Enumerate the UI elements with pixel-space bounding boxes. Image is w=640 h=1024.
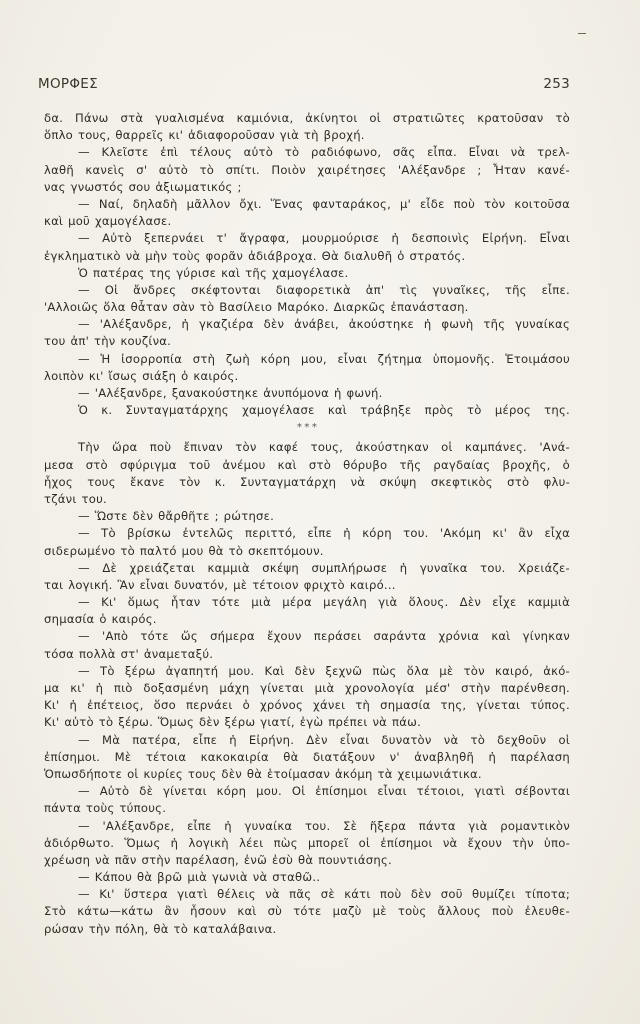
book-page: ΜΟΡΦΕΣ 253 δα. Πάνω στὰ γυαλισμένα καμιό… [0, 0, 640, 1024]
text-line: — Ναί, δηλαδὴ μᾶλλον ὄχι. Ἕνας φανταράκο… [44, 196, 570, 213]
text-line: Ὁ πατέρας της γύρισε καὶ τῆς χαμογέλασε. [44, 265, 570, 282]
text-line: πάντα τοὺς τύπους. [44, 800, 570, 817]
text-line: Κι' ἡ ἐπέτειος, ὅσο περνάει ὁ χρόνος χάν… [44, 697, 570, 714]
text-line: — 'Αλέξανδρε, ξανακούστηκε ἀνυπόμονα ἡ φ… [44, 385, 570, 402]
text-line: 'Αλλοιῶς ὅλα θἆταν σὰν τὸ Βασίλειο Μαρόκ… [44, 299, 570, 316]
section-break-asterism: * * * [44, 419, 570, 439]
running-title: ΜΟΡΦΕΣ [38, 76, 98, 92]
text-line: Τὴν ὥρα ποὺ ἔπιναν τὸν καφέ τους, ἀκούστ… [44, 439, 570, 456]
text-line: ὅπλο τους, θαρρεῖς κι' ἀδιαφοροῦσαν γιὰ … [44, 127, 570, 144]
text-line: — Οἱ ἄνδρες σκέφτονται διαφορετικὰ ἀπ' τ… [44, 282, 570, 299]
text-line: μα κι' ἡ πιὸ δοξασμένη μάχη γίνεται μιὰ … [44, 680, 570, 697]
running-header: ΜΟΡΦΕΣ 253 [38, 76, 570, 96]
text-line: ρώσαν τὴν πόλη, θὰ τὸ καταλάβαινα. [44, 921, 570, 938]
text-line: σιδερωμένο τὸ παλτό μου θὰ τὸ σκεπτόμουν… [44, 543, 570, 560]
text-line: λαθῆ κανεὶς σ' αὐτὸ τὸ σπίτι. Ποιὸν χαιρ… [44, 162, 570, 179]
page-number: 253 [543, 76, 570, 92]
text-block-after-break: Τὴν ὥρα ποὺ ἔπιναν τὸν καφέ τους, ἀκούστ… [44, 439, 570, 937]
text-line: — Ὥστε δὲν θἄρθῆτε ; ρώτησε. [44, 508, 570, 525]
text-line: — Δὲ χρειάζεται καμμιὰ σκέψη συμπλήρωσε … [44, 560, 570, 577]
text-line: Κι' αὐτὸ τὸ ξέρω. Ὅμως δὲν ξέρω γιατί, ἐ… [44, 714, 570, 731]
text-line: δα. Πάνω στὰ γυαλισμένα καμιόνια, ἀκίνητ… [44, 110, 570, 127]
text-line: τζάνι του. [44, 491, 570, 508]
text-line: Στὸ κάτω—κάτω ἂν ἦσουν καὶ σὺ τότε μαζὺ … [44, 903, 570, 920]
text-line: ἐγκληματικὸ νὰ μὴν τοὺς φορᾶν ἀδιάβροχα.… [44, 248, 570, 265]
text-line: ἦχος τους ἔκανε τὸν κ. Συνταγματάρχη νὰ … [44, 474, 570, 491]
text-line: — Αὐτὸ ξεπερνάει τ' ἄγραφα, μουρμούρισε … [44, 230, 570, 247]
text-line: — 'Αλέξανδρε, εἶπε ἡ γυναίκα του. Σὲ ἤξε… [44, 818, 570, 835]
text-line: — Κι' ὅμως ἦταν τότε μιὰ μέρα μεγάλη γιὰ… [44, 594, 570, 611]
text-line: ἐπίσημοι. Μὲ τέτοια κακοκαιρία θὰ διατάξ… [44, 749, 570, 766]
text-block-before-break: δα. Πάνω στὰ γυαλισμένα καμιόνια, ἀκίνητ… [44, 110, 570, 419]
text-line: καὶ μοῦ χαμογέλασε. [44, 213, 570, 230]
text-line: του ἀπ' τὴν κουζίνα. [44, 333, 570, 350]
text-line: ἀδιόρθωτο. Ὅμως ἡ λογικὴ λέει πὼς μπορεῖ… [44, 835, 570, 852]
text-line: χρέωση νὰ πᾶν στὴν παρέλαση, ἐνῶ ἐσὺ θὰ … [44, 852, 570, 869]
text-line: — Κι' ὕστερα γιατὶ θέλεις νὰ πᾶς σὲ κάτι… [44, 886, 570, 903]
text-line: — Αὐτὸ δὲ γίνεται κόρη μου. Οἱ ἐπίσημοι … [44, 783, 570, 800]
text-line: μεσα στὸ σφύριγμα τοῦ ἀνέμου καὶ στὸ θόρ… [44, 457, 570, 474]
text-line: — Μὰ πατέρα, εἶπε ἡ Εἰρήνη. Δὲν εἶναι δυ… [44, 732, 570, 749]
text-line: Ὁ κ. Συνταγματάρχης χαμογέλασε καὶ τράβη… [44, 402, 570, 419]
text-line: ται λογική. Ἂν εἶναι δυνατόν, μὲ τέτοιον… [44, 577, 570, 594]
text-line: — Ἡ ἰσορροπία στὴ ζωὴ κόρη μου, εἶναι ζή… [44, 351, 570, 368]
text-line: — 'Αλέξανδρε, ἡ γκαζιέρα δὲν ἀνάβει, ἀκο… [44, 316, 570, 333]
text-line: σημασία ὁ καιρός. [44, 611, 570, 628]
text-line: τόσα πολλὰ στ' ἀναμεταξύ. [44, 646, 570, 663]
text-line: Ὁπωσδήποτε οἱ κυρίες τους δὲν θὰ ἑτοίμασ… [44, 766, 570, 783]
text-line: — 'Απὸ τότε ὥς σήμερα ἔχουν περάσει σαρά… [44, 628, 570, 645]
text-line: λοιπὸν κι' ἴσως σιάξη ὁ καιρός. [44, 368, 570, 385]
body-text: δα. Πάνω στὰ γυαλισμένα καμιόνια, ἀκίνητ… [44, 110, 570, 938]
text-line: — Τὸ ξέρω ἀγαπητή μου. Καὶ δὲν ξεχνῶ πὼς… [44, 663, 570, 680]
text-line: — Κάπου θὰ βρῶ μιὰ γωνιὰ νὰ σταθῶ.. [44, 869, 570, 886]
text-line: — Κλεῖστε ἐπὶ τέλους αὐτὸ τὸ ραδιόφωνο, … [44, 144, 570, 161]
text-line: νας γνωστός σου ἀξιωματικός ; [44, 179, 570, 196]
text-line: — Τὸ βρίσκω ἐντελῶς περιττό, εἶπε ἡ κόρη… [44, 525, 570, 542]
margin-mark [578, 33, 586, 34]
